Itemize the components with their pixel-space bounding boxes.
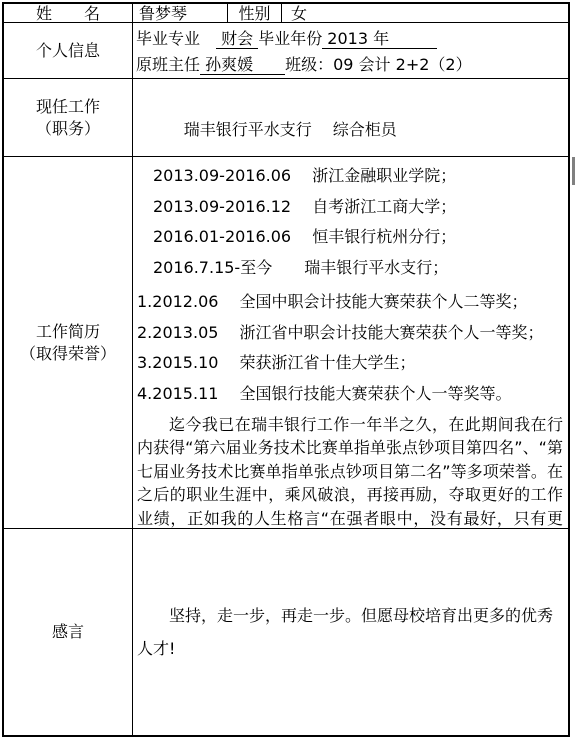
field-label: 毕业专业: [136, 29, 216, 48]
row-personal-info: 个人信息 毕业专业 财会 毕业年份 2013 年 原班主任 孙爽媛 班级：09 …: [4, 23, 568, 79]
major-and-year-line: 毕业专业 财会 毕业年份 2013 年: [136, 26, 564, 52]
gender-value-cell: 女: [282, 4, 568, 22]
row-name-gender: 姓 名 鲁梦琴 性别 女: [4, 4, 568, 23]
work-history-label-cell: 工作简历 （取得荣誉）: [4, 157, 133, 528]
history-line: 4.2015.11 全国银行技能大赛荣获个人一等奖等。: [137, 379, 563, 410]
work-history-label-line2: （取得荣誉）: [20, 343, 116, 365]
current-job-label-line2: （职务）: [36, 118, 100, 140]
current-job-value: 瑞丰银行平水支行 综合柜员: [184, 120, 397, 139]
name-value-cell: 鲁梦琴: [133, 4, 228, 22]
alumni-info-table: 姓 名 鲁梦琴 性别 女 个人信息 毕业专业 财会 毕业年份 2013 年 原班…: [2, 2, 570, 737]
current-job-label-line1: 现任工作: [36, 96, 100, 118]
row-current-job: 现任工作 （职务） 瑞丰银行平水支行 综合柜员: [4, 79, 568, 157]
remarks-content-cell: 坚持，走一步，再走一步。但愿母校培育出更多的优秀人才!: [133, 529, 568, 735]
history-line: 2016.01-2016.06 恒丰银行杭州分行；: [137, 222, 563, 253]
field-label: 原班主任: [136, 55, 200, 74]
history-line: 3.2015.10 荣获浙江省十佳大学生；: [137, 348, 563, 379]
history-line: 2013.09-2016.06 浙江金融职业学院；: [137, 161, 563, 192]
history-paragraph: 迄今我已在瑞丰银行工作一年半之久，在此期间我在行内获得“第六届业务技术比赛单指单…: [137, 413, 563, 528]
row-remarks: 感言 坚持，走一步，再走一步。但愿母校培育出更多的优秀人才!: [4, 529, 568, 735]
underlined-field-value: 孙爽媛: [200, 55, 285, 75]
personal-info-label: 个人信息: [36, 40, 100, 62]
history-lines: 2013.09-2016.06 浙江金融职业学院； 2013.09-2016.1…: [137, 161, 563, 409]
remarks-label-cell: 感言: [4, 529, 133, 735]
personal-info-content-cell: 毕业专业 财会 毕业年份 2013 年 原班主任 孙爽媛 班级：09 会计 2+…: [133, 23, 568, 78]
underlined-field-value: 财会: [216, 29, 258, 49]
current-job-content-cell: 瑞丰银行平水支行 综合柜员: [133, 79, 568, 156]
history-line: 2.2013.05 浙江省中职会计技能大赛荣获个人一等奖；: [137, 318, 563, 349]
history-line: 2016.7.15-至今 瑞丰银行平水支行；: [137, 253, 563, 284]
document-page: 姓 名 鲁梦琴 性别 女 个人信息 毕业专业 财会 毕业年份 2013 年 原班…: [0, 0, 575, 741]
work-history-content-cell: 2013.09-2016.06 浙江金融职业学院； 2013.09-2016.1…: [133, 157, 568, 528]
teacher-and-class-line: 原班主任 孙爽媛 班级：09 会计 2+2（2）: [136, 52, 564, 78]
gender-value: 女: [291, 5, 307, 22]
history-line: 1.2012.06 全国中职会计技能大赛荣获个人二等奖；: [137, 287, 563, 318]
row-work-history: 工作简历 （取得荣誉） 2013.09-2016.06 浙江金融职业学院； 20…: [4, 157, 568, 529]
history-line: 2013.09-2016.12 自考浙江工商大学；: [137, 192, 563, 223]
field-label: 毕业年份: [258, 29, 322, 48]
personal-info-label-cell: 个人信息: [4, 23, 133, 78]
remarks-paragraph: 坚持，走一步，再走一步。但愿母校培育出更多的优秀人才!: [137, 599, 560, 665]
name-value: 鲁梦琴: [139, 5, 187, 22]
current-job-label-cell: 现任工作 （职务）: [4, 79, 133, 156]
gender-label-cell: 性别: [228, 4, 282, 22]
name-label-cell: 姓 名: [4, 4, 133, 22]
underlined-field-value: 2013 年: [322, 29, 437, 49]
work-history-label-line1: 工作简历: [36, 321, 100, 343]
field-label: 班级：09 会计 2+2（2）: [285, 55, 471, 74]
gender-label: 性别: [238, 5, 270, 22]
name-label: 姓 名: [36, 5, 100, 22]
remarks-label: 感言: [52, 621, 84, 643]
